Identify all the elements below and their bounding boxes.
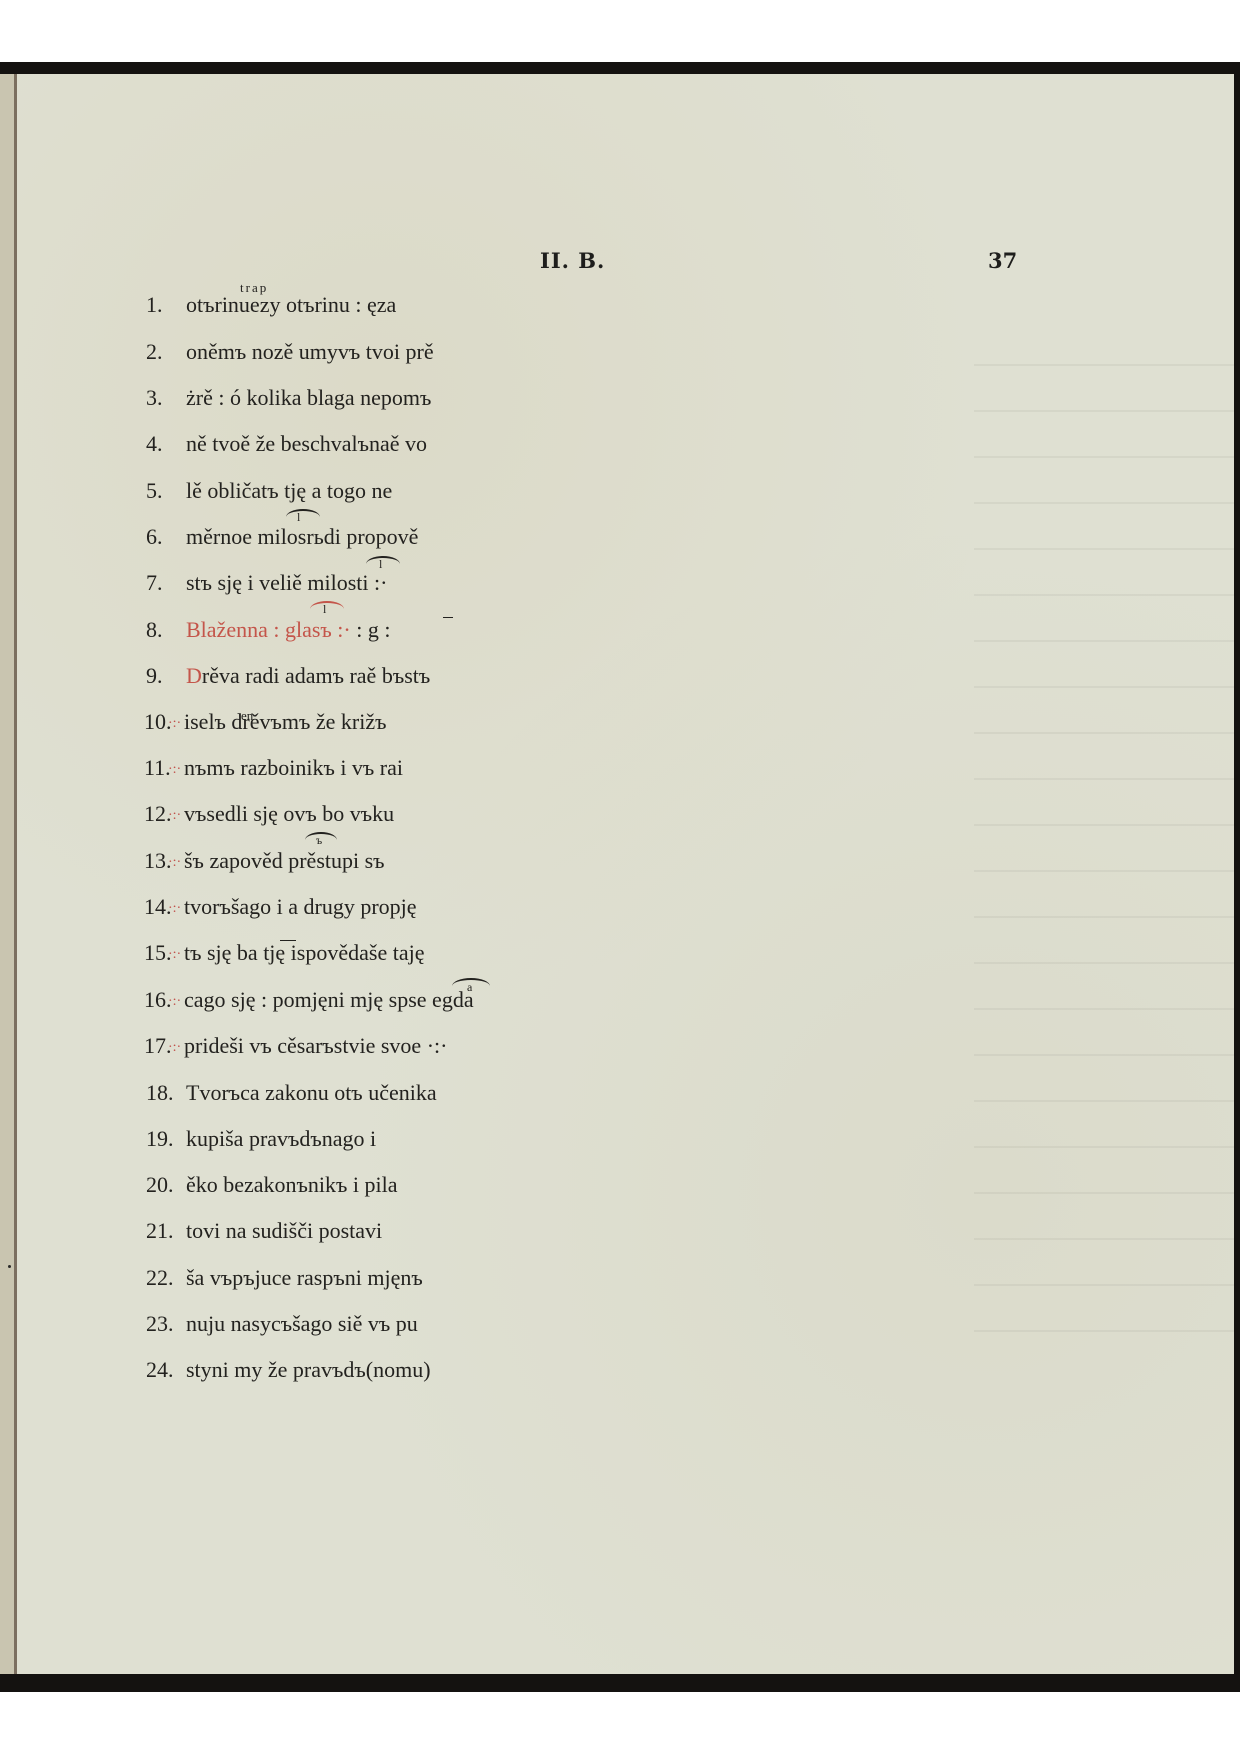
titlo-mark-line6: l: [297, 510, 302, 525]
line-number: 14.: [144, 894, 168, 920]
facing-page-edge: [0, 74, 14, 1674]
titlo-mark-line13: ъ: [316, 833, 324, 848]
bleed-through-texture: [974, 364, 1234, 1364]
line-text: rěva radi adamъ raě bъstъ: [202, 663, 430, 689]
verse-line: 22.ša vъpъjuce raspъni mjęnъ: [146, 1265, 423, 1295]
titlo-mark-line8: l: [323, 602, 328, 617]
verse-line: 24.styni my že pravъdъ(nomu): [146, 1357, 431, 1387]
line-text: żrě : ó kolika blaga nepomъ: [186, 385, 431, 411]
page-gutter-edge: [14, 74, 17, 1674]
line-text: lě obličatъ tję a togo ne: [186, 478, 392, 504]
line-text: měrnoe milosrьdi propově: [186, 524, 418, 550]
red-dot-marker: ·:·: [168, 901, 184, 917]
red-dot-marker: ·:·: [168, 947, 184, 963]
red-dot-marker: ·:·: [168, 762, 184, 778]
line-number: 12.: [144, 801, 168, 827]
line-text: šъ zapověd prěstupi sъ: [184, 848, 385, 874]
verse-line: 20.ěko bezakonъnikъ i pila: [146, 1172, 398, 1202]
margin-speck: [8, 1265, 11, 1268]
verse-line: 9.Drěva radi adamъ raě bъstъ: [146, 663, 430, 693]
line-text: oněmъ nozě umyvъ tvoi prě: [186, 339, 434, 365]
verse-line: 17.·:·prideši vъ cěsarъstvie svoe ·:·: [144, 1033, 447, 1063]
line-text: prideši vъ cěsarъstvie svoe ·:·: [184, 1033, 447, 1059]
verse-line: 3.żrě : ó kolika blaga nepomъ: [146, 385, 431, 415]
line-number: 22.: [146, 1265, 186, 1291]
line-number: 8.: [146, 617, 186, 643]
line-number: 15.: [144, 940, 168, 966]
verse-line: 21.tovi na sudišči postavi: [146, 1218, 382, 1248]
verse-line: 2.oněmъ nozě umyvъ tvoi prě: [146, 339, 434, 369]
verse-line: 1.otъrinuezy otъrinu : ęza: [146, 292, 396, 322]
line-number: 24.: [146, 1357, 186, 1383]
line-text: nъmъ razboinikъ i vъ rai: [184, 755, 403, 781]
line-number: 6.: [146, 524, 186, 550]
line-number: 3.: [146, 385, 186, 411]
verse-line: 15.·:·tъ sję ba tję ispovědaše taję: [144, 940, 424, 970]
line-text: vъsedli sję ovъ bo vъku: [184, 801, 394, 827]
line-text: : g :: [351, 617, 391, 643]
line-number: 4.: [146, 431, 186, 457]
verse-line: 7.stъ sję i veliě milosti :·: [146, 570, 387, 600]
line-text: tovi na sudišči postavi: [186, 1218, 382, 1244]
line-text: styni my že pravъdъ(nomu): [186, 1357, 431, 1383]
line-text: ěko bezakonъnikъ i pila: [186, 1172, 398, 1198]
red-dot-marker: ·:·: [168, 1040, 184, 1056]
verse-line: 10.·:·iselъ drěvъmъ že križъ: [144, 709, 387, 739]
line-number: 21.: [146, 1218, 186, 1244]
page-number: 37: [988, 248, 1017, 273]
line-number: 19.: [146, 1126, 186, 1152]
line-number: 2.: [146, 339, 186, 365]
line-number: 9.: [146, 663, 186, 689]
line-number: 11.: [144, 755, 168, 781]
rubric-text: Blaženna : glasъ :·: [186, 617, 351, 643]
line-text: Tvorъca zakonu otъ učenika: [186, 1080, 437, 1106]
line-text: tvorъšago i a drugy propję: [184, 894, 417, 920]
verse-line: 6.měrnoe milosrьdi propově: [146, 524, 418, 554]
red-dot-marker: ·:·: [168, 994, 184, 1010]
line-text: tъ sję ba tję ispovědaše taję: [184, 940, 424, 966]
line-number: 23.: [146, 1311, 186, 1337]
line-text: ně tvoě že beschvalъnaě vo: [186, 431, 427, 457]
red-dot-marker: ·:·: [168, 855, 184, 871]
line-number: 20.: [146, 1172, 186, 1198]
line-number: 7.: [146, 570, 186, 596]
verse-line: 23.nuju nasycъšago siě vъ pu: [146, 1311, 418, 1341]
line-text: iselъ drěvъmъ že križъ: [184, 709, 387, 735]
verse-line: 5.lě obličatъ tję a togo ne: [146, 478, 392, 508]
line-number: 16.: [144, 987, 168, 1013]
red-dot-marker: ·:·: [168, 716, 184, 732]
line-number: 13.: [144, 848, 168, 874]
red-initial: D: [186, 663, 202, 689]
verse-line: 16.·:·cago sję : pomjęni mję spse egda: [144, 987, 474, 1017]
line-text: cago sję : pomjęni mję spse egda: [184, 987, 474, 1013]
verse-line-rubric: 8.Blaženna : glasъ :· : g :: [146, 617, 390, 647]
line-number: 5.: [146, 478, 186, 504]
line-text: otъrinuezy otъrinu : ęza: [186, 292, 396, 318]
line-text: ša vъpъjuce raspъni mjęnъ: [186, 1265, 423, 1291]
running-head: II. B.: [540, 248, 605, 273]
verse-line: 19.kupiša pravъdъnago i: [146, 1126, 376, 1156]
verse-line: 13.·:·šъ zapověd prěstupi sъ: [144, 848, 385, 878]
line-number: 10.: [144, 709, 168, 735]
overline-line8-g: [443, 617, 453, 618]
line-number: 18.: [146, 1080, 186, 1106]
line-number: 1.: [146, 292, 186, 318]
line-text: kupiša pravъdъnago i: [186, 1126, 376, 1152]
line-text: stъ sję i veliě milosti :·: [186, 570, 387, 596]
verse-line: 4.ně tvoě že beschvalъnaě vo: [146, 431, 427, 461]
line-text: nuju nasycъšago siě vъ pu: [186, 1311, 418, 1337]
red-dot-marker: ·:·: [168, 808, 184, 824]
verse-line: 14.·:·tvorъšago i a drugy propję: [144, 894, 417, 924]
verse-line: 18.Tvorъca zakonu otъ učenika: [146, 1080, 437, 1110]
verse-line: 12.·:·vъsedli sję ovъ bo vъku: [144, 801, 394, 831]
line-number: 17.: [144, 1033, 168, 1059]
verse-line: 11.·:·nъmъ razboinikъ i vъ rai: [144, 755, 403, 785]
